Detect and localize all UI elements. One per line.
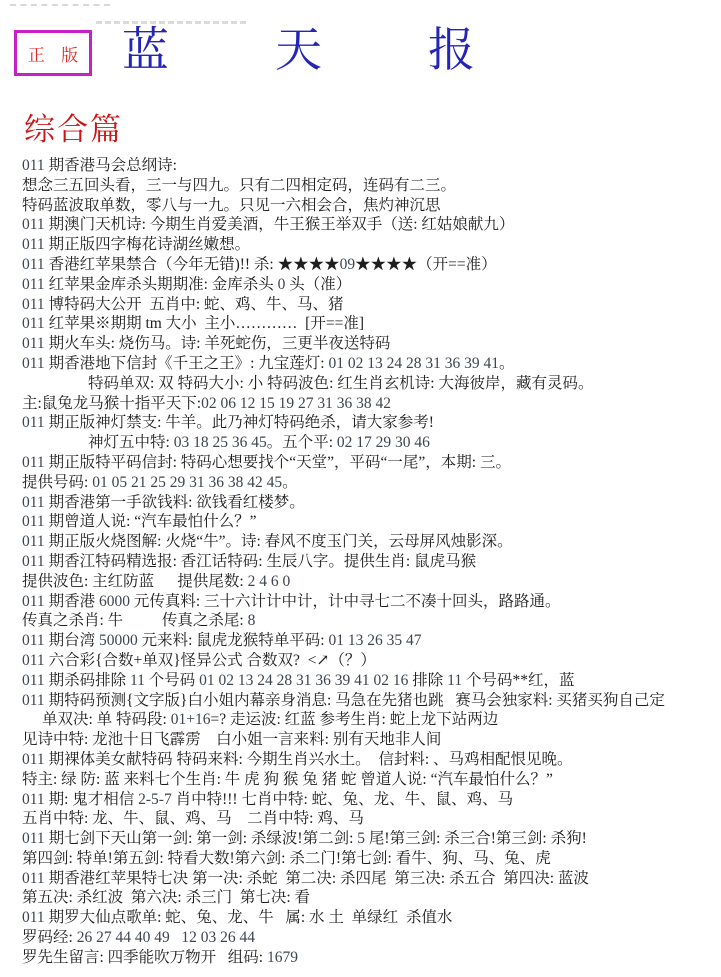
number-run: 01 05 21 25 29 31 36 38 42 45 (92, 474, 282, 491)
report-line: 011 期七剑下天山第一剑: 第一剑: 杀绿波!第二剑: 5 尾!第三剑: 杀三… (0, 829, 721, 849)
number-run: 011 (22, 454, 45, 471)
report-line: 011 期曾道人说: “汽车最怕什么？” (0, 512, 721, 532)
edition-badge-label: 正 版 (28, 41, 84, 66)
number-run: 011 (22, 593, 45, 610)
number-run: 011 (22, 513, 45, 530)
number-run: 011 (22, 553, 45, 570)
number-run: 11 (130, 672, 145, 689)
report-line: 罗先生留言: 四季能吹万物开 组码: 1679 (0, 948, 721, 968)
number-run: 2-5-7 (138, 791, 172, 808)
report-line: 011 期: 鬼才相信 2-5-7 肖中特!!! 七肖中特: 蛇、兔、龙、牛、鼠… (0, 790, 721, 810)
number-run: 01 02 13 24 28 31 36 39 41 (328, 355, 499, 372)
report-line: 主:鼠兔龙马猴十指平天下:02 06 12 15 19 27 31 36 38 … (0, 394, 721, 414)
number-run: 0 (278, 276, 286, 293)
report-line: 罗码经: 26 27 44 40 49 12 03 26 44 (0, 928, 721, 948)
report-line: 011 红苹果金库杀头期期准: 金库杀头 0 头（准） (0, 275, 721, 295)
number-run: 011 (22, 216, 45, 233)
edition-badge: 正 版 (14, 30, 92, 76)
number-run: 011 (22, 296, 45, 313)
number-run: 011 (22, 315, 45, 332)
report-line: 特码蓝波取单数，零八与一九。只见一六相会合，焦灼神沉思 (0, 196, 721, 216)
report-line: 011 期香港 6000 元传真料: 三十六计计中计，计中寻七二不凑十回头，路路… (0, 592, 721, 612)
number-run: 011 (22, 157, 45, 174)
report-line: 神灯五中特: 03 18 25 36 45。五个平: 02 17 29 30 4… (0, 433, 721, 453)
number-run: 01 02 13 24 28 31 36 39 41 02 16 (199, 672, 408, 689)
report-line: 011 期香港马会总纲诗: (0, 156, 721, 176)
report-body: 011 期香港马会总纲诗:想念三五回头看，三一与四九。只有二四相定码，连码有二三… (0, 156, 721, 968)
number-run: 011 (22, 494, 45, 511)
number-run: 011 (22, 870, 45, 887)
report-line: 特码单双: 双 特码大小: 小 特码波色: 红生肖玄机诗: 大海彼岸，藏有灵码。 (0, 374, 721, 394)
report-line: 011 期香港地下信封《千王之王》: 九宝莲灯: 01 02 13 24 28 … (0, 354, 721, 374)
number-run: 6000 (99, 593, 130, 610)
number-run: 26 27 44 40 49 12 03 26 44 (77, 929, 255, 946)
number-run: 011 (22, 355, 45, 372)
report-line: 011 博特码大公开 五肖中: 蛇、鸡、牛、马、猪 (0, 295, 721, 315)
report-line: 传真之杀肖: 牛 传真之杀尾: 8 (0, 611, 721, 631)
report-line: 见诗中特: 龙池十日飞霹雳 白小姐一言来料: 别有天地非人间 (0, 730, 721, 750)
number-run: 011 (22, 652, 45, 669)
number-run: 5 (357, 830, 365, 847)
report-line: 特主: 绿 防: 蓝 来料七个生肖: 牛 虎 狗 猴 兔 猪 蛇 曾道人说: “… (0, 770, 721, 790)
report-line: 011 期特码预测{文字版}白小姐内幕亲身消息: 马急在先猪也跳 赛马会独家料:… (0, 691, 721, 711)
report-line: 011 期罗大仙点歌单: 蛇、兔、龙、牛 属: 水 土 单绿红 杀值水 (0, 908, 721, 928)
report-line: 011 期正版特平码信封: 特码心想要找个“天堂”，平码“一尾”，本期: 三。 (0, 453, 721, 473)
report-line: 提供号码: 01 05 21 25 29 31 36 38 42 45。 (0, 473, 721, 493)
number-run: 09 (340, 256, 356, 273)
report-line: 提供波色: 主红防蓝 提供尾数: 2 4 6 0 (0, 572, 721, 592)
report-line: 五肖中特: 龙、牛、鼠、鸡、马 二肖中特: 鸡、马 (0, 809, 721, 829)
number-run: 011 (22, 414, 45, 431)
report-line: 011 期香江特码精选报: 香江话特码: 生辰八字。提供生肖: 鼠虎马猴 (0, 552, 721, 572)
number-run: 50000 (99, 632, 138, 649)
number-run: 011 (22, 909, 45, 926)
report-line: 011 香港红苹果禁合（今年无错)!! 杀: ★★★★09★★★★（开==准） (0, 255, 721, 275)
report-line: 011 六合彩{合数+单双}怪异公式 合数双? <↗（？） (0, 651, 721, 671)
number-run: 011 (22, 672, 45, 689)
number-run: 1679 (267, 949, 298, 966)
report-line: 想念三五回头看，三一与四九。只有二四相定码，连码有二三。 (0, 176, 721, 196)
report-line: 011 期正版神灯禁支: 牛羊。此乃神灯特码绝杀，请大家参考! (0, 413, 721, 433)
number-run: 011 (22, 533, 45, 550)
number-run: 11 (447, 672, 462, 689)
number-run: 011 (22, 335, 45, 352)
number-run: 011 (22, 236, 45, 253)
report-line: 011 期澳门天机诗: 今期生肖爱美酒，牛王猴王举双手（送: 红姑娘献九） (0, 215, 721, 235)
number-run: 02 17 29 30 46 (337, 434, 430, 451)
number-run: 011 (22, 692, 45, 709)
number-run: 02 06 12 15 19 27 31 36 38 42 (201, 395, 391, 412)
page-title: 蓝天报 (122, 26, 581, 78)
section-heading: 综合篇 (24, 104, 123, 149)
report-line: 011 期火车头: 烧伤马。诗: 羊死蛇伤，三更半夜送特码 (0, 334, 721, 354)
report-line: 011 期香港红苹果特七决 第一决: 杀蛇 第二决: 杀四尾 第三决: 杀五合 … (0, 869, 721, 889)
report-line: 011 红苹果※期期 tm 大小 主小………… [开==准] (0, 314, 721, 334)
top-edge-dashes (10, 4, 110, 6)
report-line: 011 期正版四字梅花诗湖丝嫩想。 (0, 235, 721, 255)
report-line: 011 期香港第一手欲钱料: 欲钱看红楼梦。 (0, 493, 721, 513)
header-dashes (96, 21, 246, 24)
report-line: 第四剑: 特单!第五剑: 特看大数!第六剑: 杀二门!第七剑: 看牛、狗、马、兔… (0, 849, 721, 869)
report-line: 011 期正版火烧图解: 火烧“牛”。诗: 春风不度玉门关，云母屏风烛影深。 (0, 532, 721, 552)
number-run: 2 4 6 0 (248, 573, 291, 590)
number-run: 8 (248, 612, 256, 629)
number-run: 011 (22, 751, 45, 768)
number-run: 011 (22, 256, 45, 273)
number-run: 011 (22, 276, 45, 293)
number-run: 011 (22, 791, 45, 808)
report-line: 单双决: 单 特码段: 01+16=? 走运波: 红蓝 参考生肖: 蛇上龙下站两… (0, 710, 721, 730)
report-line: 第五决: 杀红波 第六决: 杀三门 第七决: 看 (0, 888, 721, 908)
number-run: 011 (22, 830, 45, 847)
number-run: 011 (22, 632, 45, 649)
number-run: 01 13 26 35 47 (328, 632, 421, 649)
report-line: 011 期台湾 50000 元来料: 鼠虎龙猴特单平码: 01 13 26 35… (0, 631, 721, 651)
number-run: 03 18 25 36 45 (174, 434, 267, 451)
number-run: 01+16 (171, 711, 211, 728)
report-line: 011 期裸体美女献特码 特码来料: 今期生肖兴水土。 信封料: 、马鸡相配恨见… (0, 750, 721, 770)
report-line: 011 期杀码排除 11 个号码 01 02 13 24 28 31 36 39… (0, 671, 721, 691)
